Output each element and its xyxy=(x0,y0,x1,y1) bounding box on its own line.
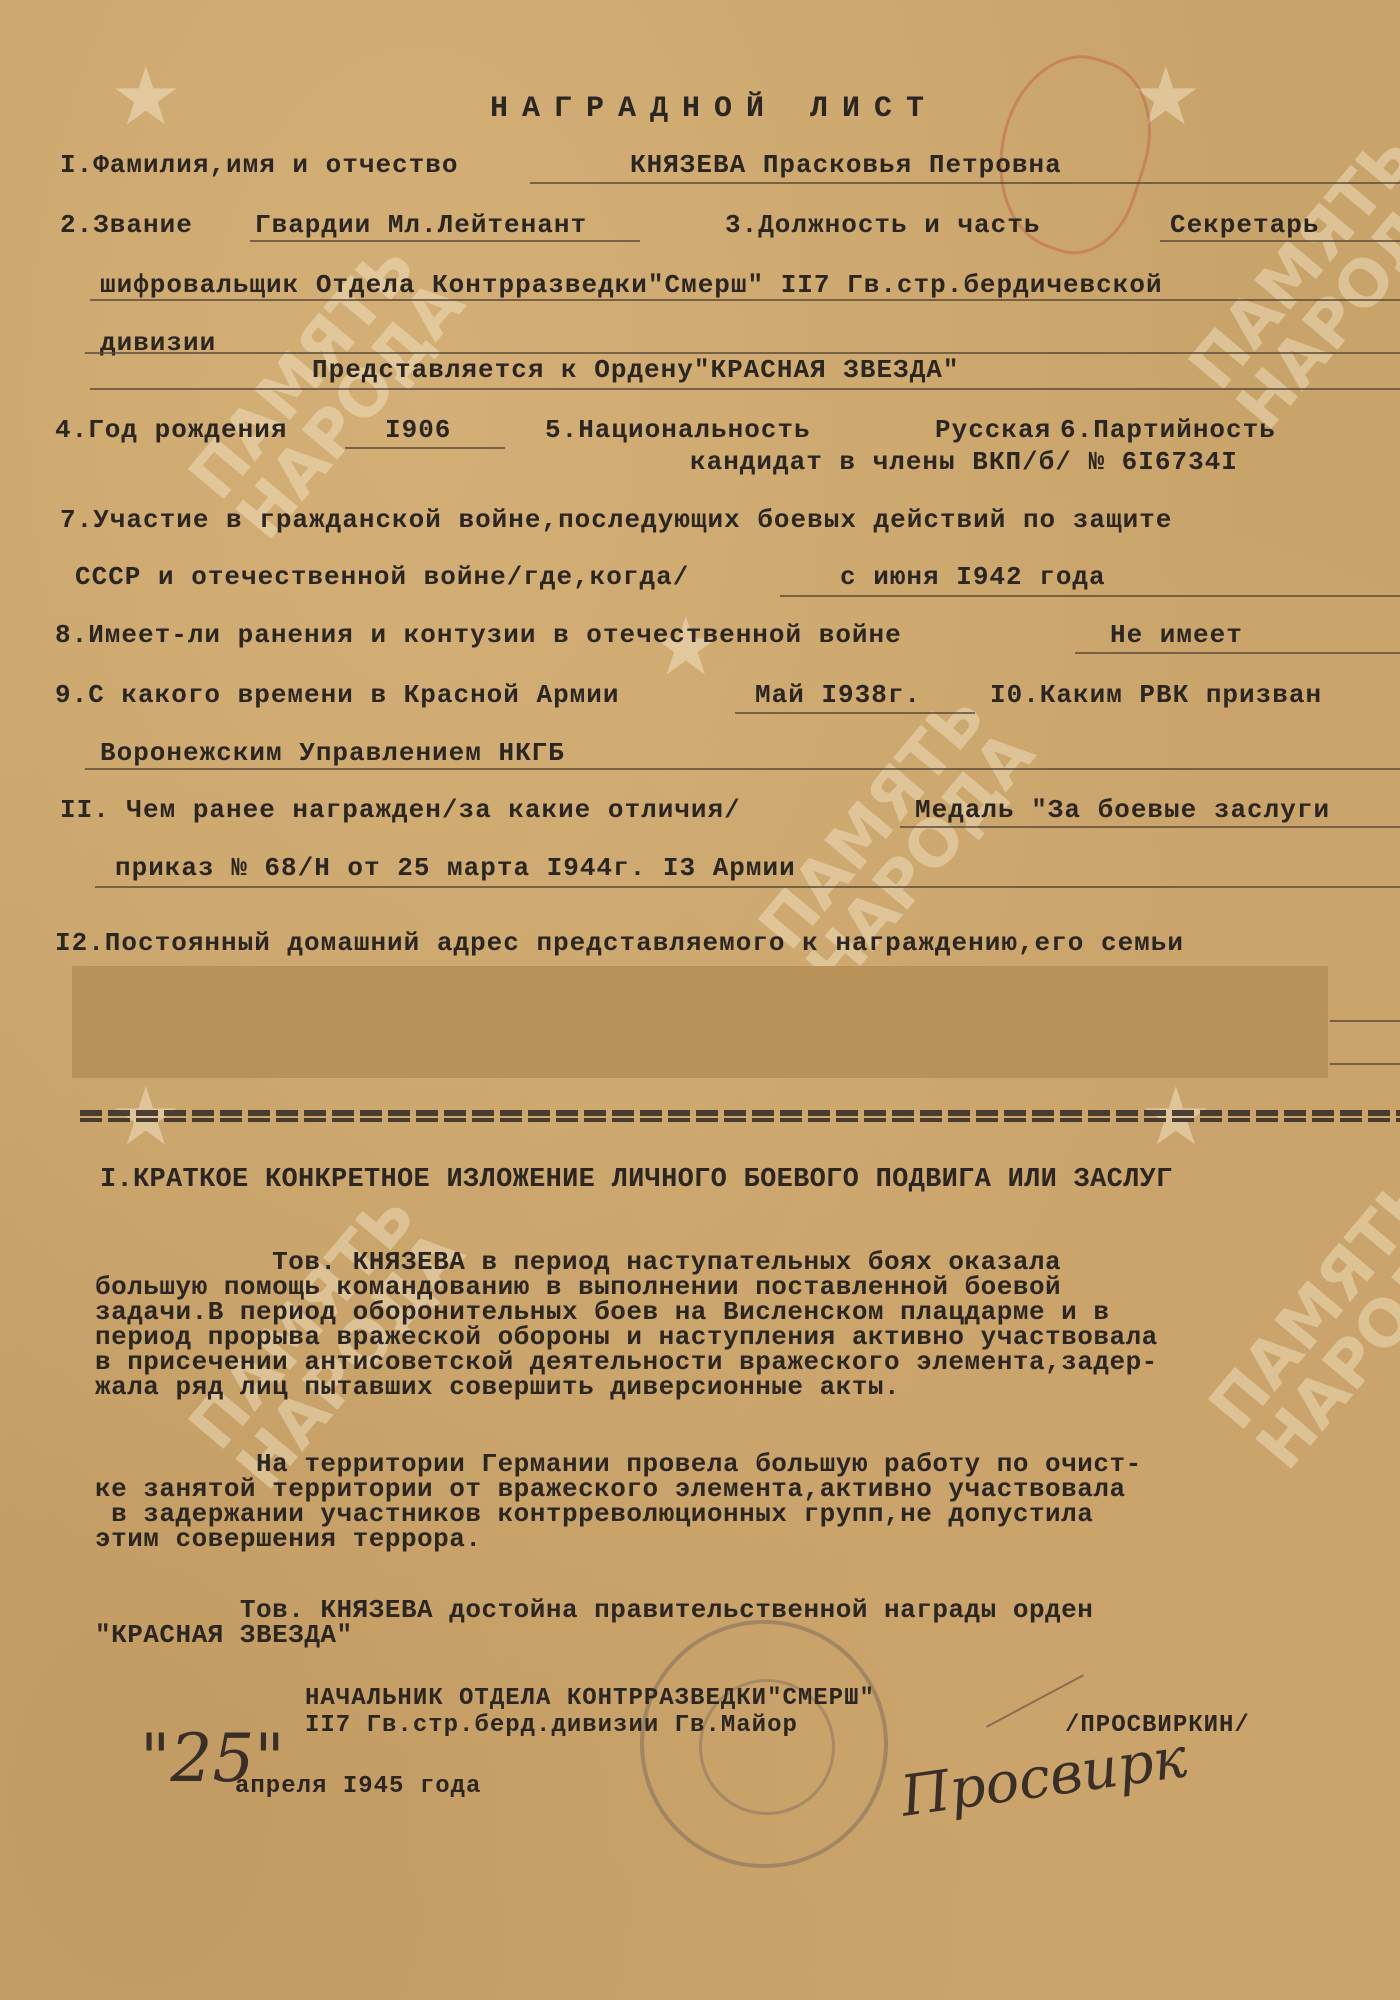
watermark-text: ПАМЯТЬ НАРОДА xyxy=(1180,122,1400,440)
field-6-value: кандидат в члены ВКП/б/ № 6I6734I xyxy=(690,447,1238,477)
section-divider xyxy=(80,1118,1400,1122)
field-4-label: 4.Год рождения xyxy=(55,415,287,445)
field-9-label: 9.С какого времени в Красной Армии xyxy=(55,680,620,710)
signer-position: НАЧАЛЬНИК ОТДЕЛА КОНТРРАЗВЕДКИ"СМЕРШ" xyxy=(305,1685,875,1712)
field-2-label: 2.Звание xyxy=(60,210,193,240)
field-5-label: 5.Национальность xyxy=(545,415,811,445)
redacted-address-block xyxy=(72,966,1328,1078)
official-stamp xyxy=(640,1620,888,1868)
field-1-label: I.Фамилия,имя и отчество xyxy=(60,150,458,180)
document-title: НАГРАДНОЙ ЛИСТ xyxy=(490,92,938,126)
watermark-star-icon: ★ xyxy=(1140,1070,1212,1163)
narrative-paragraph-1: Тов. КНЯЗЕВА в период наступательных боя… xyxy=(95,1250,1385,1400)
field-6-label: 6.Партийность xyxy=(1060,415,1276,445)
field-4-value: I906 xyxy=(385,415,451,445)
section-divider xyxy=(80,1110,1400,1116)
narrative-paragraph-2: На территории Германии провела большую р… xyxy=(95,1452,1385,1552)
field-10-value: Воронежским Управлением НКГБ xyxy=(100,738,565,768)
field-10-label: I0.Каким РВК призван xyxy=(990,680,1322,710)
field-9-value: Май I938г. xyxy=(755,680,921,710)
field-3-value: Секретарь xyxy=(1170,210,1319,240)
field-12-label: I2.Постоянный домашний адрес представляе… xyxy=(55,928,1184,958)
section-heading: I.КРАТКОЕ КОНКРЕТНОЕ ИЗЛОЖЕНИЕ ЛИЧНОГО Б… xyxy=(100,1165,1173,1195)
signer-unit-rank: II7 Гв.стр.берд.дивизии Гв.Майор xyxy=(305,1712,798,1739)
field-11-value-cont: приказ № 68/Н от 25 марта I944г. I3 Арми… xyxy=(115,853,796,883)
field-5-value: Русская xyxy=(935,415,1051,445)
field-2-value: Гвардии Мл.Лейтенант xyxy=(255,210,587,240)
date-text: апреля I945 года xyxy=(235,1773,481,1800)
field-11-value: Медаль "За боевые заслуги xyxy=(915,795,1330,825)
watermark-star-icon: ★ xyxy=(110,1070,182,1163)
nomination-text: Представляется к Ордену"КРАСНАЯ ЗВЕЗДА" xyxy=(312,355,960,385)
field-7-value: с июня I942 года xyxy=(840,562,1106,592)
handwritten-signature: Просвирк xyxy=(897,1725,1191,1829)
field-7-label-cont: СССР и отечественной войне/где,когда/ xyxy=(75,562,689,592)
field-8-label: 8.Имеет-ли ранения и контузии в отечеств… xyxy=(55,620,902,650)
field-3-label: 3.Должность и часть xyxy=(725,210,1040,240)
watermark-star-icon: ★ xyxy=(110,50,182,143)
field-11-label: II. Чем ранее награжден/за какие отличия… xyxy=(60,795,741,825)
field-7-label: 7.Участие в гражданской войне,последующи… xyxy=(60,505,1172,535)
field-8-value: Не имеет xyxy=(1110,620,1243,650)
field-3-value-cont: шифровальщик Отдела Контрразведки"Смерш"… xyxy=(100,270,1163,300)
field-1-value: КНЯЗЕВА Прасковья Петровна xyxy=(630,150,1062,180)
